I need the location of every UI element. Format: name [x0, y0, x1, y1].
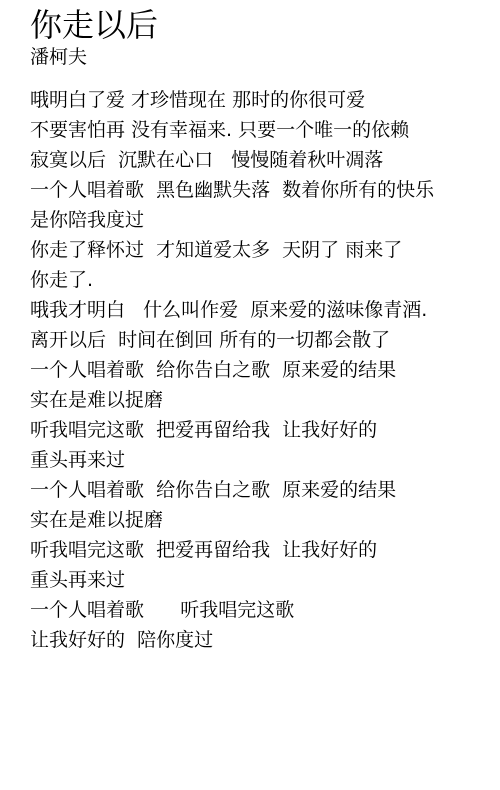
- lyrics-page: 你走以后 潘柯夫 哦明白了爱 才珍惜现在 那时的你很可爱不要害怕再 没有幸福来.…: [0, 0, 500, 655]
- lyric-line: 离开以后 时间在倒回 所有的一切都会散了: [30, 325, 476, 355]
- lyric-line: 听我唱完这歌 把爱再留给我 让我好好的: [30, 535, 476, 565]
- lyric-line: 哦明白了爱 才珍惜现在 那时的你很可爱: [30, 85, 476, 115]
- lyric-line: 让我好好的 陪你度过: [30, 625, 476, 655]
- lyric-line: 不要害怕再 没有幸福来. 只要一个唯一的依赖: [30, 115, 476, 145]
- lyric-line: 是你陪我度过: [30, 205, 476, 235]
- lyric-line: 实在是难以捉磨: [30, 385, 476, 415]
- lyric-line: 你走了释怀过 才知道爱太多 天阴了 雨来了: [30, 235, 476, 265]
- lyric-line: 哦我才明白 什么叫作爱 原来爱的滋味像青酒.: [30, 295, 476, 325]
- artist-name: 潘柯夫: [30, 45, 476, 69]
- lyric-line: 你走了.: [30, 265, 476, 295]
- lyric-line: 寂寞以后 沉默在心口 慢慢随着秋叶凋落: [30, 145, 476, 175]
- lyric-line: 一个人唱着歌 黑色幽默失落 数着你所有的快乐: [30, 175, 476, 205]
- lyric-line: 一个人唱着歌 给你告白之歌 原来爱的结果: [30, 475, 476, 505]
- lyric-line: 听我唱完这歌 把爱再留给我 让我好好的: [30, 415, 476, 445]
- lyric-line: 一个人唱着歌 听我唱完这歌: [30, 595, 476, 625]
- lyric-line: 重头再来过: [30, 565, 476, 595]
- lyric-line: 一个人唱着歌 给你告白之歌 原来爱的结果: [30, 355, 476, 385]
- lyric-line: 重头再来过: [30, 445, 476, 475]
- page-title: 你走以后: [30, 5, 476, 45]
- lyrics-block: 哦明白了爱 才珍惜现在 那时的你很可爱不要害怕再 没有幸福来. 只要一个唯一的依…: [30, 85, 476, 655]
- lyric-line: 实在是难以捉磨: [30, 505, 476, 535]
